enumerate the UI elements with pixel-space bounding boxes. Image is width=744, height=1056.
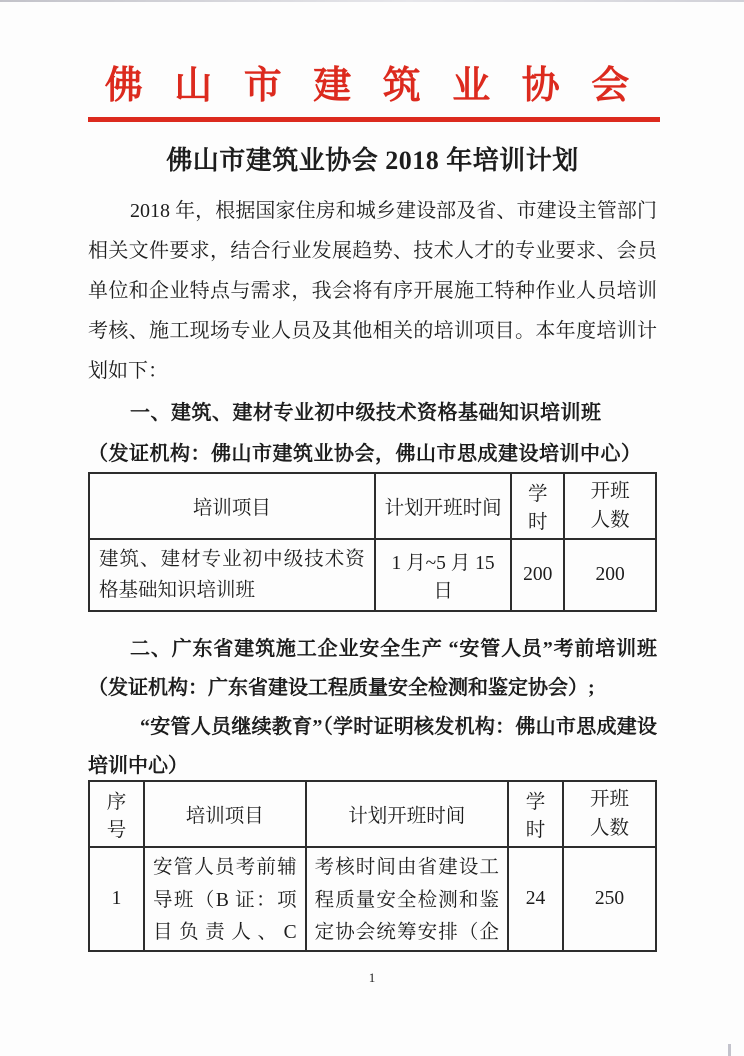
table1-row: 建筑、建材专业初中级技术资格基础知识培训班 1 月~5 月 15 日 200 2… — [89, 539, 656, 611]
table1-header-class-size: 开班人数 — [564, 473, 656, 539]
table1-cell-hours: 200 — [511, 539, 564, 611]
table1-header-class-size-label: 开班人数 — [589, 477, 632, 535]
table2-header-row: 序号 培训项目 计划开班时间 学时 开班人数 — [89, 781, 656, 847]
table1-cell-project: 建筑、建材专业初中级技术资格基础知识培训班 — [89, 539, 375, 611]
table1-header-hours: 学时 — [511, 473, 564, 539]
document-title: 佛山市建筑业协会 2018 年培训计划 — [88, 142, 657, 180]
table2-cell-schedule: 考核时间由省建设工程质量安全检测和鉴定协会统筹安排（企业须在广东省 — [306, 847, 508, 951]
training-table-2: 序号 培训项目 计划开班时间 学时 开班人数 1 安管人员考前辅导班（B 证：项… — [88, 780, 657, 952]
table1-cell-schedule: 1 月~5 月 15 日 — [375, 539, 512, 611]
letterhead-title: 佛 山 市 建 筑 业 协 会 — [88, 62, 657, 110]
intro-paragraph: 2018 年，根据国家住房和城乡建设部及省、市建设主管部门相关文件要求，结合行业… — [88, 191, 657, 391]
section-1-issuer: （发证机构：佛山市建筑业协会，佛山市思成建设培训中心） — [88, 439, 657, 469]
table2-header-class-size: 开班人数 — [563, 781, 656, 847]
table2-header-project: 培训项目 — [144, 781, 306, 847]
table2-cell-hours: 24 — [508, 847, 563, 951]
letterhead-rule — [88, 117, 660, 122]
table2-cell-class-size: 250 — [563, 847, 656, 951]
table2-cell-index: 1 — [89, 847, 144, 951]
section-1-heading: 一、建筑、建材专业初中级技术资格基础知识培训班 — [88, 398, 657, 428]
scan-edge-artifact-top — [0, 0, 744, 2]
table2-cell-schedule-text: 考核时间由省建设工程质量安全检测和鉴定协会统筹安排（企业须在广东省 — [315, 852, 499, 950]
scan-edge-artifact-corner — [728, 1044, 731, 1056]
table1-cell-class-size: 200 — [564, 539, 656, 611]
table2-row: 1 安管人员考前辅导班（B 证：项目负责人、C 证：专 考核时间由省建设工程质量… — [89, 847, 656, 951]
table2-header-schedule: 计划开班时间 — [306, 781, 508, 847]
table2-cell-project-text: 安管人员考前辅导班（B 证：项目负责人、C 证：专 — [153, 852, 297, 950]
table2-cell-project: 安管人员考前辅导班（B 证：项目负责人、C 证：专 — [144, 847, 306, 951]
section-2-heading: 二、广东省建筑施工企业安全生产 “安管人员”考前培训班（发证机构：广东省建设工程… — [88, 630, 657, 708]
table2-header-class-size-label: 开班人数 — [588, 785, 631, 843]
table1-header-project: 培训项目 — [89, 473, 375, 539]
table2-header-hours: 学时 — [508, 781, 563, 847]
section-2-subheading: “安管人员继续教育”（学时证明核发机构：佛山市思成建设培训中心） — [88, 708, 657, 786]
table2-header-index: 序号 — [89, 781, 144, 847]
page-number: 1 — [88, 970, 657, 986]
training-table-1: 培训项目 计划开班时间 学时 开班人数 建筑、建材专业初中级技术资格基础知识培训… — [88, 472, 657, 612]
table1-header-schedule: 计划开班时间 — [375, 473, 512, 539]
table1-header-row: 培训项目 计划开班时间 学时 开班人数 — [89, 473, 656, 539]
